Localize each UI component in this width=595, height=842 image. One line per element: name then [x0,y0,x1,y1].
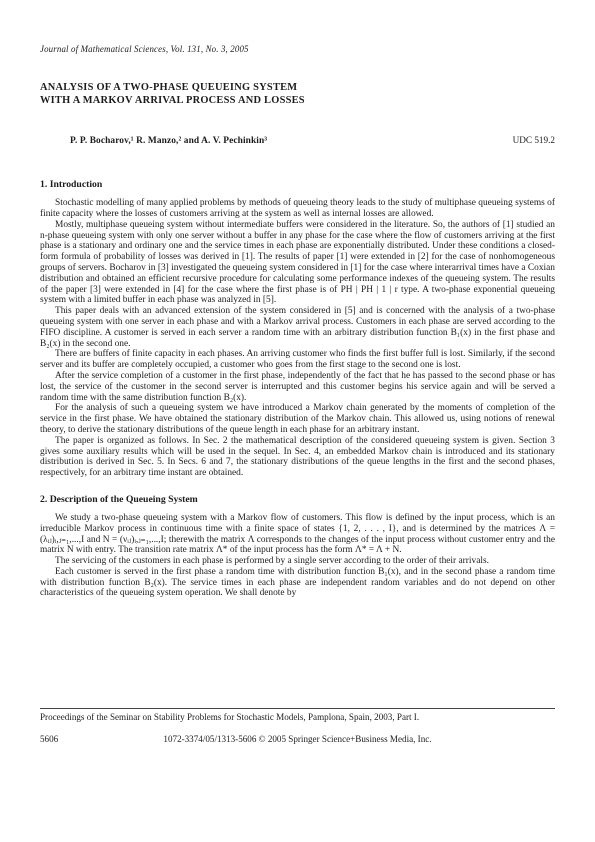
authors-row: P. P. Bocharov,¹ R. Manzo,² and A. V. Pe… [40,135,555,146]
paragraph: The paper is organized as follows. In Se… [40,436,555,479]
document-page: Journal of Mathematical Sciences, Vol. 1… [0,0,595,842]
copyright-line: 1072-3374/05/1313-5606 © 2005 Springer S… [40,734,555,744]
journal-header: Journal of Mathematical Sciences, Vol. 1… [40,44,555,54]
paragraph: There are buffers of finite capacity in … [40,349,555,371]
page-number: 5606 [40,734,58,744]
paragraph: After the service completion of a custom… [40,371,555,403]
section-description: 2. Description of the Queueing System We… [40,494,555,599]
footnote-rule [40,708,555,709]
paper-title: ANALYSIS OF A TWO-PHASE QUEUEING SYSTEM … [40,82,555,107]
paper-title-line-2: WITH A MARKOV ARRIVAL PROCESS AND LOSSES [40,95,555,108]
paper-title-line-1: ANALYSIS OF A TWO-PHASE QUEUEING SYSTEM [40,82,555,95]
paragraph: For the analysis of such a queueing syst… [40,403,555,435]
paragraph: This paper deals with an advanced extens… [40,306,555,349]
footnote-block: Proceedings of the Seminar on Stability … [40,708,555,722]
footnote-text: Proceedings of the Seminar on Stability … [40,712,555,722]
udc-code: UDC 519.2 [513,135,555,145]
paragraph: Each customer is served in the first pha… [40,567,555,599]
authors: P. P. Bocharov,¹ R. Manzo,² and A. V. Pe… [70,136,267,146]
paragraph: Stochastic modelling of many applied pro… [40,198,555,220]
section-heading-introduction: 1. Introduction [40,179,555,190]
section-introduction: 1. Introduction Stochastic modelling of … [40,179,555,479]
paragraph: We study a two-phase queueing system wit… [40,513,555,556]
page-footer: 5606 1072-3374/05/1313-5606 © 2005 Sprin… [40,734,555,744]
paragraph: The servicing of the customers in each p… [40,556,555,567]
paragraph: Mostly, multiphase queueing system witho… [40,220,555,306]
section-heading-description: 2. Description of the Queueing System [40,494,555,505]
